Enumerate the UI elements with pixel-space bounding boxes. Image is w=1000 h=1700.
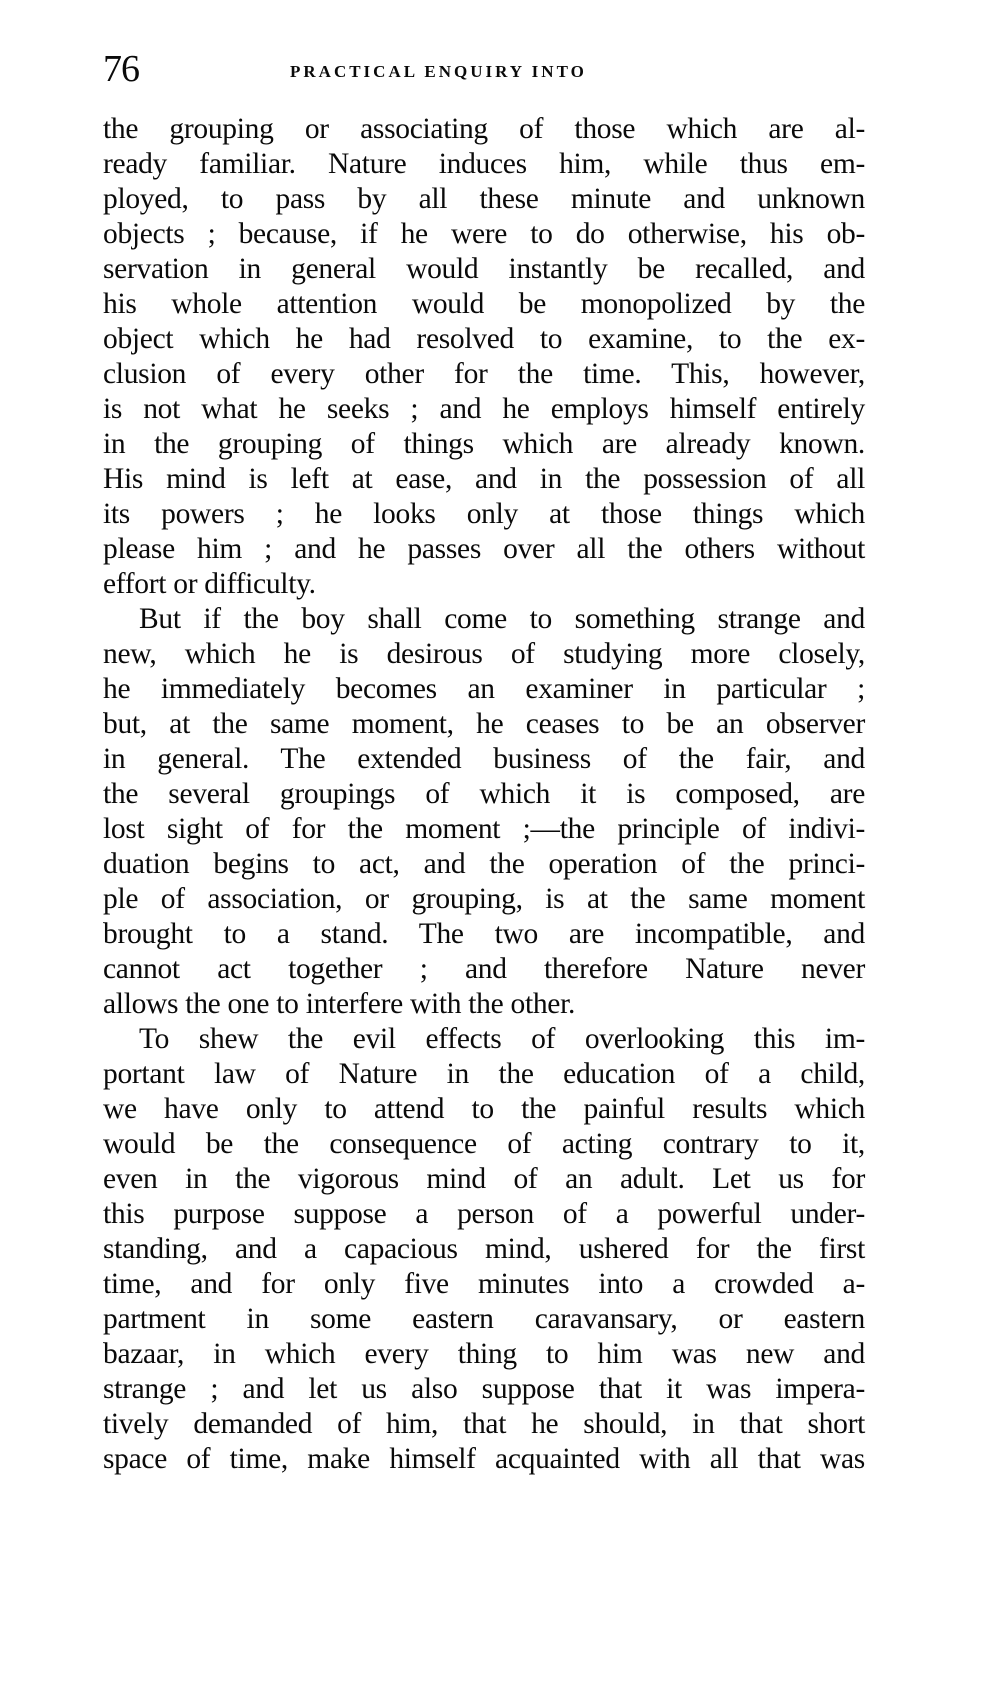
text-line: partment in some eastern caravansary, or… <box>103 1302 865 1337</box>
text-line: duation begins to act, and the operation… <box>103 847 865 882</box>
text-line: the grouping or associating of those whi… <box>103 112 865 147</box>
text-line: To shew the evil effects of overlooking … <box>103 1022 865 1057</box>
text-line: ployed, to pass by all these minute and … <box>103 182 865 217</box>
running-title: PRACTICAL ENQUIRY INTO <box>290 60 587 84</box>
text-line: time, and for only five minutes into a c… <box>103 1267 865 1302</box>
text-line: brought to a stand. The two are incompat… <box>103 917 865 952</box>
text-line: object which he had resolved to examine,… <box>103 322 865 357</box>
text-line: ready familiar. Nature induces him, whil… <box>103 147 865 182</box>
text-line: new, which he is desirous of studying mo… <box>103 637 865 672</box>
text-line: His mind is left at ease, and in the pos… <box>103 462 865 497</box>
text-line: his whole attention would be monopolized… <box>103 287 865 322</box>
text-line: space of time, make himself acquainted w… <box>103 1442 865 1477</box>
text-line: allows the one to interfere with the oth… <box>103 987 865 1022</box>
paragraph-2: But if the boy shall come to something s… <box>103 602 865 1022</box>
text-line: bazaar, in which every thing to him was … <box>103 1337 865 1372</box>
text-line: even in the vigorous mind of an adult. L… <box>103 1162 865 1197</box>
text-line: in the grouping of things which are alre… <box>103 427 865 462</box>
text-line: strange ; and let us also suppose that i… <box>103 1372 865 1407</box>
text-line: would be the consequence of acting contr… <box>103 1127 865 1162</box>
book-page: 76 PRACTICAL ENQUIRY INTO the grouping o… <box>0 0 1000 1700</box>
text-line: we have only to attend to the painful re… <box>103 1092 865 1127</box>
text-line: in general. The extended business of the… <box>103 742 865 777</box>
paragraph-3: To shew the evil effects of overlooking … <box>103 1022 865 1477</box>
text-line: standing, and a capacious mind, ushered … <box>103 1232 865 1267</box>
text-line: tively demanded of him, that he should, … <box>103 1407 865 1442</box>
paragraph-1: the grouping or associating of those whi… <box>103 112 865 602</box>
text-line: the several groupings of which it is com… <box>103 777 865 812</box>
text-line: objects ; because, if he were to do othe… <box>103 217 865 252</box>
text-line: But if the boy shall come to something s… <box>103 602 865 637</box>
running-head: 76 PRACTICAL ENQUIRY INTO <box>103 46 865 96</box>
text-line: its powers ; he looks only at those thin… <box>103 497 865 532</box>
text-line: ple of association, or grouping, is at t… <box>103 882 865 917</box>
text-line: effort or difficulty. <box>103 567 865 602</box>
text-line: clusion of every other for the time. Thi… <box>103 357 865 392</box>
text-line: this purpose suppose a person of a power… <box>103 1197 865 1232</box>
text-line: portant law of Nature in the education o… <box>103 1057 865 1092</box>
text-line: cannot act together ; and therefore Natu… <box>103 952 865 987</box>
text-line: is not what he seeks ; and he employs hi… <box>103 392 865 427</box>
text-line: please him ; and he passes over all the … <box>103 532 865 567</box>
text-line: but, at the same moment, he ceases to be… <box>103 707 865 742</box>
text-line: he immediately becomes an examiner in pa… <box>103 672 865 707</box>
body-text: the grouping or associating of those whi… <box>103 112 865 1477</box>
text-line: servation in general would instantly be … <box>103 252 865 287</box>
text-line: lost sight of for the moment ;—the princ… <box>103 812 865 847</box>
page-number: 76 <box>103 46 139 92</box>
